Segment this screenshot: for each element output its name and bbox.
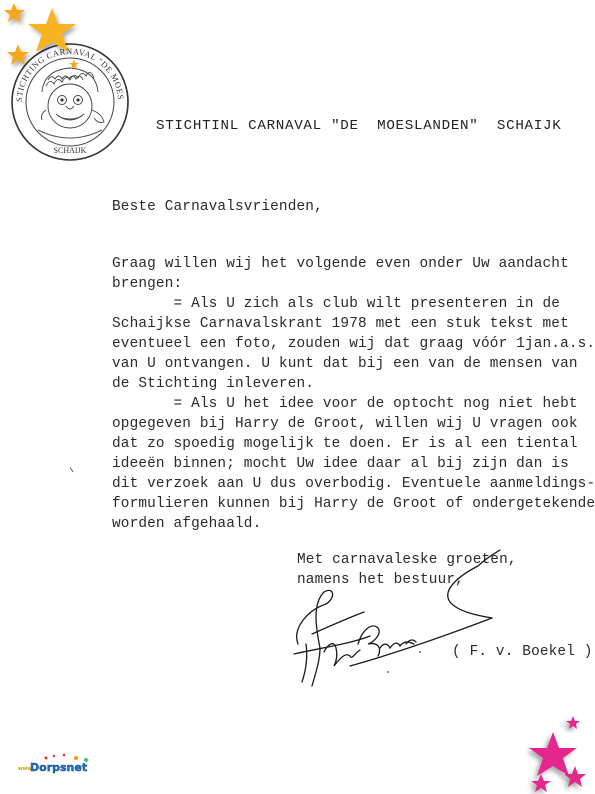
signatory-name: ( F. v. Boekel )	[452, 643, 593, 661]
dorpsnet-logo: www. Dorpsnet	[16, 752, 94, 774]
item2-line: dit verzoek aan U dus overbodig. Eventue…	[112, 475, 595, 493]
letter-heading: STICHTINL CARNAVAL "DE MOESLANDEN" SCHAI…	[156, 117, 561, 135]
item2-line: ideeën binnen; mocht Uw idee daar al bij…	[112, 455, 569, 473]
intro-line: Graag willen wij het volgende even onder…	[112, 255, 569, 273]
item1-line: = Als U zich als club wilt presenteren i…	[112, 295, 560, 313]
item2-line: worden afgehaald.	[112, 515, 261, 533]
star-decoration-icon	[525, 712, 595, 794]
item2-line: = Als U het idee voor de optocht nog nie…	[112, 395, 578, 413]
item1-line: van U ontvangen. U kunt dat bij een van …	[112, 355, 578, 373]
letter-page: STICHTING CARNAVAL "DE MOESLANDEN" SCHAI…	[0, 0, 595, 794]
item2-line: opgegeven bij Harry de Groot, willen wij…	[112, 415, 578, 433]
item1-line: eventueel een foto, zouden wij dat graag…	[112, 335, 595, 353]
item1-line: de Stichting inleveren.	[112, 375, 314, 393]
svg-text:Dorpsnet: Dorpsnet	[30, 761, 87, 774]
item2-line: dat zo spoedig mogelijk te doen. Er is a…	[112, 435, 578, 453]
handwritten-signature	[290, 548, 510, 688]
svg-text:SCHAIJK: SCHAIJK	[54, 146, 87, 155]
item1-line: Schaijkse Carnavalskrant 1978 met een st…	[112, 315, 569, 333]
item2-line: formulieren kunnen bij Harry de Groot of…	[112, 495, 595, 513]
salutation: Beste Carnavalsvrienden,	[112, 198, 323, 216]
intro-line: brengen:	[112, 275, 182, 293]
ink-speck	[70, 467, 74, 472]
star-decoration-icon	[0, 0, 90, 80]
